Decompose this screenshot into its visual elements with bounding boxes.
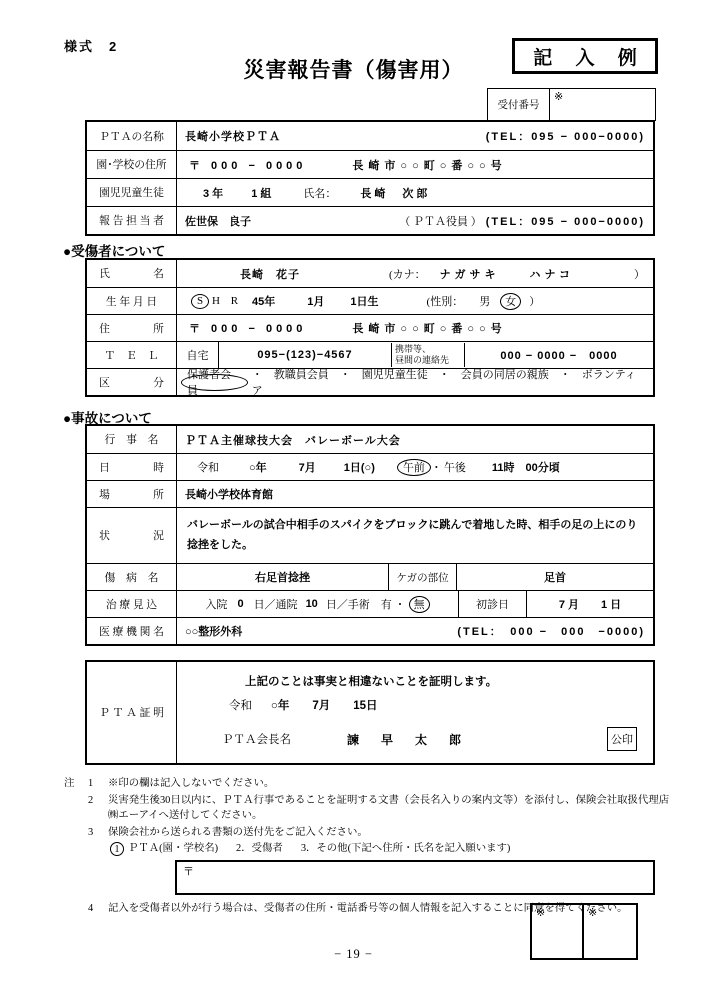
datetime-era: 令和	[197, 459, 219, 475]
injured-address-label: 住 所	[87, 315, 177, 341]
injury-part-label: ケガの部位	[389, 564, 457, 590]
situation-value: バレーボールの試合中相手のスパイクをブロックに跳んで着地した時、相手の足の上にの…	[187, 516, 643, 556]
sex-male-option: 男	[479, 293, 490, 309]
student-row: 園児児童生徒 3 年 1 組 氏名： 長崎 次郎	[87, 178, 653, 206]
sex-selected-circle: 女	[500, 293, 521, 310]
place-row: 場 所 長崎小学校体育館	[87, 480, 653, 507]
injury-name-value: 右足首捻挫	[177, 564, 389, 590]
tel-home-value: 095−(123)−4567	[219, 349, 391, 361]
ampm-pm-option: 午後	[444, 459, 466, 475]
place-value: 長崎小学校体育館	[185, 486, 273, 502]
pta-name-label: ＰＴＡの名称	[87, 122, 177, 150]
pta-name-row: ＰＴＡの名称 長崎小学校ＰＴＡ (TEL：095 − 000−0000)	[87, 122, 653, 150]
injury-part-value: 足首	[457, 569, 653, 585]
note-1: 注 1 ※印の欄は記入しないでください。	[64, 776, 664, 792]
example-badge: 記 入 例	[512, 38, 658, 74]
tel-mobile-label: 携帯等、 昼間の連絡先	[391, 343, 465, 367]
sendto-options: 1 ＰＴＡ(園・学校名) 2．受傷者 3．その他(下記へ住所・氏名を記入願います…	[110, 841, 664, 857]
situation-label: 状 況	[87, 508, 177, 563]
certification-statement: 上記のことは事実と相違ないことを証明します。	[245, 673, 639, 689]
membership-label: 区 分	[87, 369, 177, 395]
hospitalization-days-value: 0	[237, 598, 243, 610]
chairman-label: ＰＴＡ会長名	[222, 731, 291, 747]
datetime-time-value: 11時 00分頃	[492, 459, 560, 475]
sendto-option-3: 3．その他(下記へ住所・氏名を記入願います)	[301, 841, 511, 857]
note-3: 3 保険会社から送られる書類の送付先をご記入ください。	[64, 825, 664, 841]
official-seal-box: 公印	[607, 727, 637, 751]
accident-table: 行 事 名 ＰＴＡ主催球技大会 バレーボール大会 日 時 令和 ○年 7月 1日…	[85, 424, 655, 646]
injured-kana-value: ナガサキ ハナコ	[440, 266, 574, 282]
school-address-row: 園･学校の住所 〒 000 − 0000 長崎市○○町○番○○号	[87, 150, 653, 178]
tel-mobile-value: 000 − 0000 − 0000	[465, 347, 653, 363]
notes-section: 注 1 ※印の欄は記入しないでください。 2 災害発生後30日以内に、ＰＴＡ行事…	[64, 776, 664, 918]
certification-date-value: ○年 7月 15日	[271, 700, 378, 712]
sex-close: ）	[529, 293, 540, 309]
treatment-row: 治 療 見 込 入院 0 日／通院 10 日／手術 有 ・ 無 初診日 7 月 …	[87, 590, 653, 617]
kana-open: (カナ：	[389, 266, 426, 282]
birth-year-value: 45年	[252, 293, 275, 309]
pta-info-table: ＰＴＡの名称 長崎小学校ＰＴＡ (TEL：095 − 000−0000) 園･学…	[85, 120, 655, 236]
era-options: H R	[212, 295, 242, 307]
reporter-role-value: （ ＰＴＡ役員 ）	[399, 213, 482, 229]
school-address-label: 園･学校の住所	[87, 151, 177, 178]
reporter-row: 報 告 担 当 者 佐世保 良子 （ ＰＴＡ役員 ） (TEL：095 − 00…	[87, 206, 653, 234]
membership-row: 区 分 保護者会員 ・ 教職員会員 ・ 園児児童生徒 ・ 会員の同居の親族 ・ …	[87, 368, 653, 395]
first-visit-label: 初診日	[459, 591, 527, 617]
ampm-separator: ・	[431, 459, 442, 475]
injury-name-label: 傷 病 名	[87, 564, 177, 590]
pta-name-value: 長崎小学校ＰＴＡ	[185, 128, 281, 144]
clinic-row: 医 療 機 関 名 ○○整形外科 (TEL： 000 − 000 −0000)	[87, 617, 653, 644]
birthdate-row: 生 年 月 日 S H R 45年 1月 1日生 (性別： 男 女 ）	[87, 287, 653, 314]
clinic-value: ○○整形外科	[185, 623, 242, 639]
event-value: ＰＴＡ主催球技大会 バレーボール大会	[185, 432, 401, 448]
certification-label: Ｐ Ｔ Ａ 証 明	[87, 662, 177, 763]
pta-tel-value: (TEL：095 − 000−0000)	[486, 128, 645, 144]
injured-zip-value: 〒 000 − 0000	[189, 320, 306, 336]
school-zip-value: 〒 000 − 0000	[189, 157, 306, 173]
injured-section-heading: ●受傷者について	[63, 240, 165, 260]
disaster-report-document: 様式 2 災害報告書（傷害用） 記 入 例 受付番号 ※ ＰＴＡの名称 長崎小学…	[0, 0, 707, 1000]
injured-name-value: 長崎 花子	[185, 266, 355, 282]
chairman-name-value: 諫 早 太 郎	[347, 731, 466, 748]
sex-open: (性別：	[427, 293, 464, 309]
membership-options: ・ 教職員会員 ・ 園児児童生徒 ・ 会員の同居の親族 ・ ボランティア	[252, 366, 645, 398]
datetime-month-value: 7月	[299, 459, 316, 475]
kana-close: ）	[634, 266, 645, 282]
birth-month-value: 1月	[307, 293, 324, 309]
treatment-label: 治 療 見 込	[87, 591, 177, 617]
school-address-value: 長崎市○○町○番○○号	[352, 157, 506, 173]
reception-number-label: 受付番号	[488, 89, 550, 120]
sendto-selected-circle: 1	[110, 842, 124, 856]
reporter-tel-value: (TEL：095 − 000−0000)	[486, 213, 645, 229]
reporter-label: 報 告 担 当 者	[87, 207, 177, 234]
note-2: 2 災害発生後30日以内に、ＰＴＡ行事であることを証明する文書（会長名入りの案内…	[64, 793, 664, 824]
note-mark: 注	[64, 776, 88, 792]
place-label: 場 所	[87, 481, 177, 507]
datetime-label: 日 時	[87, 454, 177, 480]
reporter-name-value: 佐世保 良子	[185, 213, 251, 229]
clinic-tel-value: (TEL： 000 − 000 −0000)	[457, 623, 645, 639]
sendto-option-1: ＰＴＡ(園・学校名)	[128, 841, 218, 857]
injured-person-table: 氏 名 長崎 花子 (カナ： ナガサキ ハナコ ） 生 年 月 日 S H R …	[85, 258, 655, 397]
page-number: − 19 −	[0, 947, 707, 962]
reception-number-box: 受付番号 ※	[487, 88, 656, 121]
tel-row: Ｔ Ｅ Ｌ 自宅 095−(123)−4567 携帯等、 昼間の連絡先 000 …	[87, 341, 653, 368]
student-class-value: 1 組	[251, 185, 271, 201]
injury-name-row: 傷 病 名 右足首捻挫 ケガの部位 足首	[87, 563, 653, 590]
birthdate-label: 生 年 月 日	[87, 288, 177, 314]
form-code: 様式 2	[64, 36, 118, 55]
ampm-selected-circle: 午前	[397, 459, 431, 476]
student-label: 園児児童生徒	[87, 179, 177, 206]
clinic-label: 医 療 機 関 名	[87, 618, 177, 644]
injured-address-row: 住 所 〒 000 − 0000 長崎市○○町○番○○号	[87, 314, 653, 341]
datetime-row: 日 時 令和 ○年 7月 1日(○) 午前 ・ 午後 11時 00分頃	[87, 453, 653, 480]
tel-label: Ｔ Ｅ Ｌ	[87, 342, 177, 368]
datetime-year-value: ○年	[249, 459, 267, 475]
student-name-value: 長崎 次郎	[360, 185, 430, 201]
certification-era: 令和	[229, 700, 252, 712]
event-row: 行 事 名 ＰＴＡ主催球技大会 バレーボール大会	[87, 426, 653, 453]
student-name-label: 氏名：	[303, 185, 336, 201]
sendto-option-2: 2．受傷者	[236, 841, 283, 857]
birth-day-value: 1日生	[350, 293, 378, 309]
membership-selected-circle: 保護者会員	[181, 374, 248, 391]
surgery-selected-circle: 無	[409, 596, 430, 613]
reception-number-value: ※	[550, 89, 655, 120]
datetime-day-value: 1日(○)	[344, 459, 375, 475]
situation-row: 状 況 バレーボールの試合中相手のスパイクをブロックに跳んで着地した時、相手の足…	[87, 507, 653, 563]
era-selected-circle: S	[191, 294, 209, 309]
event-label: 行 事 名	[87, 426, 177, 453]
tel-home-label: 自宅	[177, 342, 219, 368]
injured-name-label: 氏 名	[87, 260, 177, 287]
pta-certification-box: Ｐ Ｔ Ａ 証 明 上記のことは事実と相違ないことを証明します。 令和 ○年 7…	[85, 660, 655, 765]
recipient-address-box: 〒	[175, 860, 655, 895]
injured-name-row: 氏 名 長崎 花子 (カナ： ナガサキ ハナコ ）	[87, 260, 653, 287]
outpatient-days-value: 10	[306, 598, 318, 610]
injured-address-value: 長崎市○○町○番○○号	[352, 320, 506, 336]
treatment-detail: 入院 0 日／通院 10 日／手術 有 ・ 無	[177, 591, 459, 617]
student-year-value: 3 年	[203, 185, 223, 201]
first-visit-value: 7 月 1 日	[527, 596, 653, 612]
